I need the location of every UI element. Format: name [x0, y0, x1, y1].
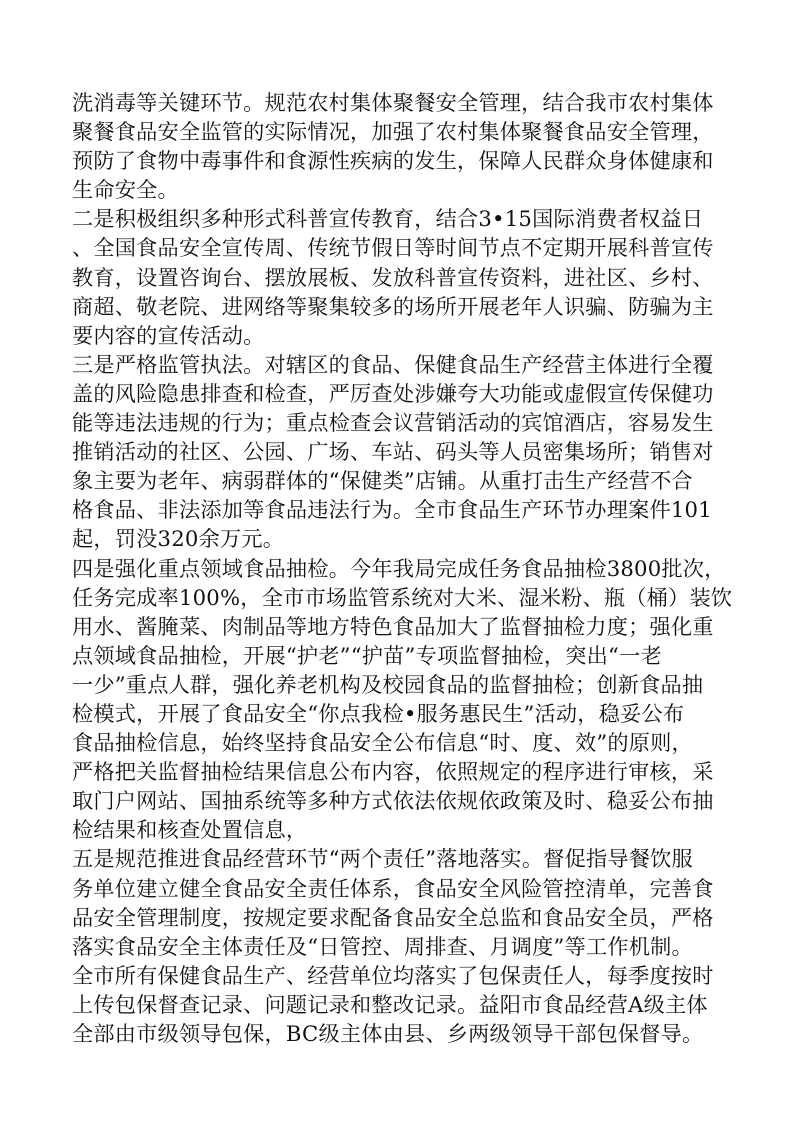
- text-line: 格食品、非法添加等食品违法行为。全市食品生产环节办理案件101: [72, 495, 732, 524]
- text-line: 起，罚没320余万元。: [72, 524, 732, 553]
- text-line: 检模式，开展了食品安全“你点我检•服务惠民生”活动，稳妥公布: [72, 699, 732, 728]
- text-line: 象主要为老年、病弱群体的“保健类”店铺。从重打击生产经营不合: [72, 466, 732, 495]
- text-line: 用水、酱腌菜、肉制品等地方特色食品加大了监督抽检力度；强化重: [72, 612, 732, 641]
- text-line: 四是强化重点领域食品抽检。今年我局完成任务食品抽检3800批次，: [72, 554, 732, 583]
- text-line: 五是规范推进食品经营环节“两个责任”落地落实。督促指导餐饮服: [72, 844, 732, 873]
- text-line: 教育，设置咨询台、摆放展板、发放科普宣传资料，进社区、乡村、: [72, 263, 732, 292]
- document-page: 洗消毒等关键环节。规范农村集体聚餐安全管理，结合我市农村集体 聚餐食品安全监管的…: [72, 88, 732, 1048]
- text-line: 二是积极组织多种形式科普宣传教育，结合3•15国际消费者权益日: [72, 204, 732, 233]
- text-line: 预防了食物中毒事件和食源性疾病的发生，保障人民群众身体健康和: [72, 146, 732, 175]
- text-line: 全市所有保健食品生产、经营单位均落实了包保责任人，每季度按时: [72, 961, 732, 990]
- text-line: 盖的风险隐患排查和检查，严厉查处涉嫌夸大功能或虚假宣传保健功: [72, 379, 732, 408]
- text-line: 上传包保督查记录、问题记录和整改记录。益阳市食品经营A级主体: [72, 990, 732, 1019]
- text-line: 品安全管理制度，按规定要求配备食品安全总监和食品安全员，严格: [72, 903, 732, 932]
- text-line: 商超、敬老院、进网络等聚集较多的场所开展老年人识骗、防骗为主: [72, 292, 732, 321]
- text-line: 严格把关监督抽检结果信息公布内容，依照规定的程序进行审核，采: [72, 757, 732, 786]
- text-line: 一少”重点人群，强化养老机构及校园食品的监督抽检；创新食品抽: [72, 670, 732, 699]
- text-line: 三是严格监管执法。对辖区的食品、保健食品生产经营主体进行全覆: [72, 350, 732, 379]
- text-line: 生命安全。: [72, 175, 732, 204]
- text-line: 要内容的宣传活动。: [72, 321, 732, 350]
- text-line: 聚餐食品安全监管的实际情况，加强了农村集体聚餐食品安全管理，: [72, 117, 732, 146]
- text-line: 全部由市级领导包保，BC级主体由县、乡两级领导干部包保督导。: [72, 1019, 732, 1048]
- text-line: 推销活动的社区、公园、广场、车站、码头等人员密集场所；销售对: [72, 437, 732, 466]
- text-line: 取门户网站、国抽系统等多种方式依法依规依政策及时、稳妥公布抽: [72, 786, 732, 815]
- text-line: 任务完成率100%，全市市场监管系统对大米、湿米粉、瓶（桶）装饮: [72, 583, 732, 612]
- text-line: 点领域食品抽检，开展“护老”“护苗”专项监督抽检，突出“一老: [72, 641, 732, 670]
- text-line: 食品抽检信息，始终坚持食品安全公布信息“时、度、效”的原则，: [72, 728, 732, 757]
- text-line: 洗消毒等关键环节。规范农村集体聚餐安全管理，结合我市农村集体: [72, 88, 732, 117]
- text-line: 能等违法违规的行为；重点检查会议营销活动的宾馆酒店，容易发生: [72, 408, 732, 437]
- text-line: 落实食品安全主体责任及“日管控、周排查、月调度”等工作机制。: [72, 932, 732, 961]
- text-line: 务单位建立健全食品安全责任体系，食品安全风险管控清单，完善食: [72, 874, 732, 903]
- text-line: 检结果和核查处置信息，: [72, 815, 732, 844]
- text-line: 、全国食品安全宣传周、传统节假日等时间节点不定期开展科普宣传: [72, 233, 732, 262]
